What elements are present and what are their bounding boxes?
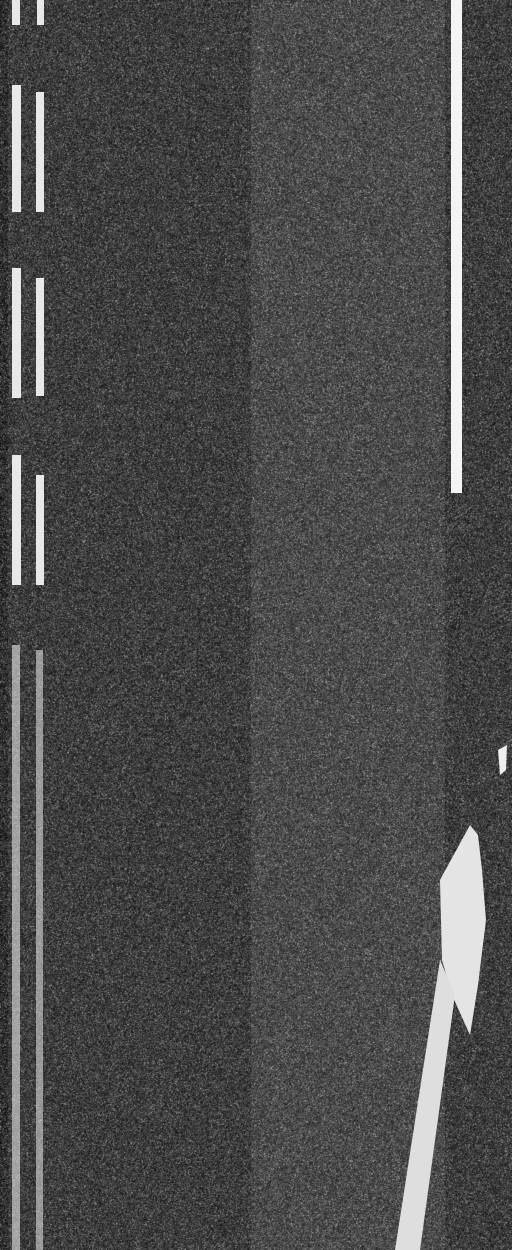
road-aerial-image	[0, 0, 512, 1250]
left-dashed-lines	[12, 0, 44, 1250]
right-solid-line	[451, 0, 462, 493]
arrow-shaft	[395, 960, 455, 1250]
arrow-fragment	[498, 745, 507, 775]
road-markings	[0, 0, 512, 1250]
